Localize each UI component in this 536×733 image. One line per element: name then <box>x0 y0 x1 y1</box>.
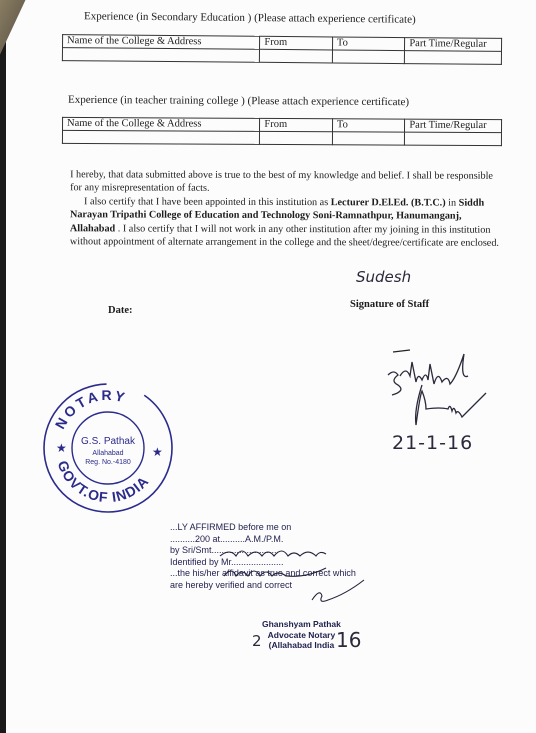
secondary-experience-heading: Experience (in Secondary Education ) (Pl… <box>84 10 416 25</box>
stamp-top-text: NOTARY <box>52 387 130 432</box>
cell-college <box>62 48 259 63</box>
declaration-text: I hereby, that data submitted above is t… <box>70 168 506 250</box>
star-icon: ★ <box>152 445 163 459</box>
notary-name: Ghanshyam Pathak <box>262 619 341 630</box>
column-header-type: Part Time/Regular <box>405 119 502 133</box>
teacher-training-experience-heading: Experience (in teacher training college … <box>68 94 409 108</box>
svg-text:NOTARY: NOTARY <box>52 387 130 432</box>
handwritten-number: 16 <box>336 628 361 652</box>
date-label: Date: <box>108 305 133 316</box>
column-header-to: To <box>332 119 404 132</box>
folded-corner <box>0 0 28 60</box>
notary-place: (Allahabad India <box>262 640 341 651</box>
handwritten-mark: 2 <box>252 632 262 650</box>
stamp-reg-number: Reg. No.-4180 <box>85 459 131 466</box>
stamp-place: Allahabad <box>92 450 123 457</box>
notary-stamp: NOTARY GOVT.OF INDIA ★ ★ G.S. Pathak All… <box>38 378 178 518</box>
notary-name-block: Ghanshyam Pathak Advocate Notary (Allaha… <box>262 619 341 651</box>
scan-edge-shadow <box>0 0 6 733</box>
staff-signature: Sudesh <box>356 268 411 286</box>
teacher-training-experience-table: Name of the College & Address From To Pa… <box>62 117 502 146</box>
column-header-from: From <box>260 36 333 50</box>
cell-college <box>62 130 259 144</box>
scanned-document-page: Experience (in Secondary Education ) (Pl… <box>0 0 536 733</box>
column-header-to: To <box>332 37 405 51</box>
declaration-in: in <box>446 197 459 208</box>
column-header-from: From <box>260 118 333 131</box>
cell-to <box>332 132 404 145</box>
cell-from <box>260 131 333 144</box>
declaration-prefix: I also certify that I have been appointe… <box>84 196 331 208</box>
notary-handwriting <box>220 540 400 610</box>
declaration-paragraph-2: I also certify that I have been appointe… <box>70 195 506 250</box>
declaration-paragraph-1: I hereby, that data submitted above is t… <box>70 168 506 196</box>
cell-type <box>405 51 502 65</box>
column-header-college: Name of the College & Address <box>63 117 260 131</box>
secondary-experience-table: Name of the College & Address From To Pa… <box>62 34 502 65</box>
signature-of-staff-label: Signature of Staff <box>350 299 429 310</box>
cell-type <box>405 132 502 146</box>
stamp-name: G.S. Pathak <box>81 436 136 447</box>
star-icon: ★ <box>56 441 67 455</box>
column-header-college: Name of the College & Address <box>63 35 260 50</box>
handwritten-date: 21-1-16 <box>392 432 473 454</box>
declaration-suffix: . I also certify that I will not work in… <box>70 223 499 249</box>
notary-title: Advocate Notary <box>262 630 341 641</box>
cell-to <box>332 50 405 64</box>
cell-from <box>260 49 333 63</box>
table-row <box>62 130 501 145</box>
appointed-post: Lecturer D.El.Ed. (B.T.C.) <box>331 197 446 208</box>
column-header-type: Part Time/Regular <box>405 38 502 52</box>
notary-line: ...LY AFFIRMED before me on <box>170 522 390 534</box>
